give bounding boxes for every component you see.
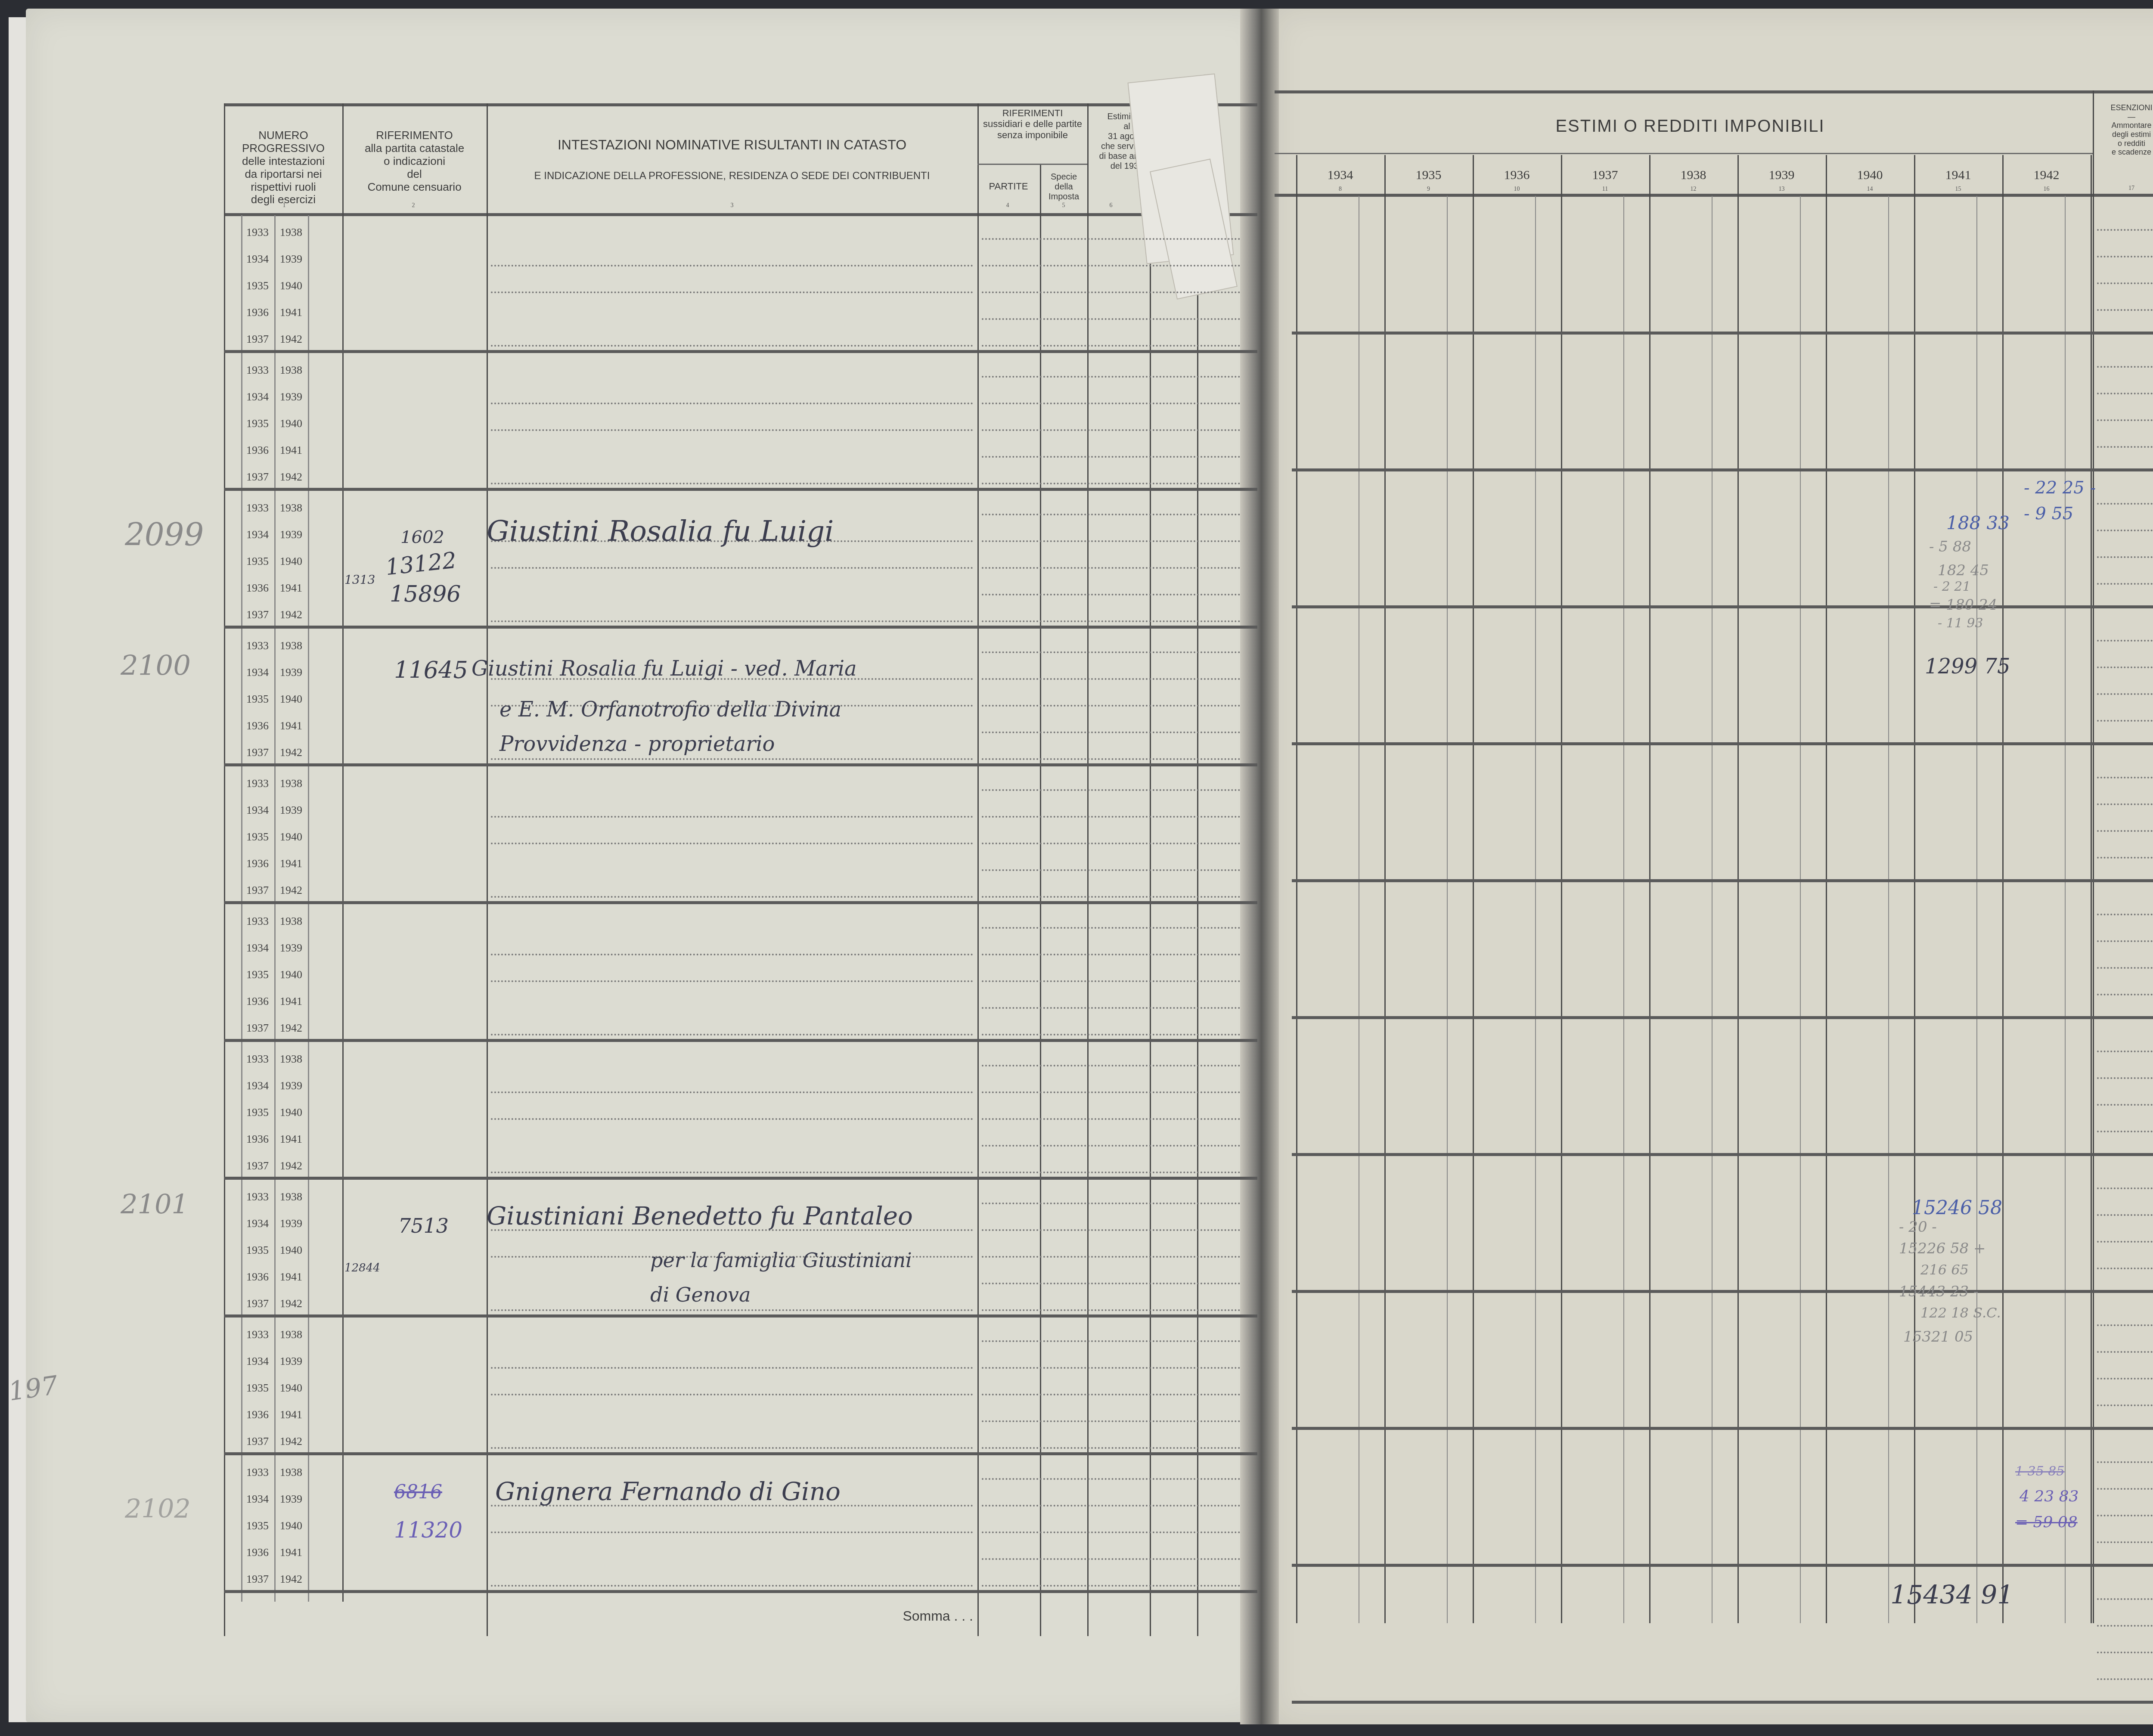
year-header: 1940 [1826, 168, 1914, 183]
header-line: da riportarsi nei rispettivi ruoli [225, 168, 342, 194]
header-line: alla partita catastale [344, 142, 484, 155]
record-margin-number: 2100 [121, 650, 191, 682]
entry-line [982, 1034, 1240, 1035]
year-header: 1936 [1473, 168, 1561, 183]
block-separator [1292, 1153, 2153, 1156]
block-separator [224, 350, 1257, 353]
year-label: 1938 [280, 639, 302, 652]
entry-line [982, 896, 1240, 898]
side-reference: 1313 [344, 573, 375, 587]
year-label: 1938 [280, 1466, 302, 1479]
year-label: 1934 [246, 253, 269, 266]
year-label: 1941 [280, 1546, 302, 1559]
taxpayer-name: Giustini Rosalia fu Luigi [487, 515, 834, 548]
estimo-1941-calc: - 20 - [1899, 1218, 1937, 1236]
header-top-rule [1275, 90, 2153, 93]
entry-line [491, 843, 973, 844]
entry-line [2097, 393, 2153, 394]
year-label: 1939 [280, 253, 302, 266]
year-header: 1934 [1296, 168, 1384, 183]
year-label: 1933 [246, 639, 269, 652]
year-label: 1939 [280, 1217, 302, 1230]
year-label: 1934 [246, 1079, 269, 1092]
year-label: 1935 [246, 1106, 269, 1119]
entry-line [2097, 1324, 2153, 1326]
entry-line [491, 291, 973, 293]
partita-correction: 15896 [390, 581, 461, 607]
header-esenzioni: ESENZIONI — Ammontare degli estimi o red… [2095, 103, 2153, 157]
partita-number: 7513 [398, 1214, 449, 1237]
year-label: 1941 [280, 995, 302, 1008]
entry-line [491, 1309, 973, 1311]
entry-line [491, 403, 973, 404]
entry-line [2097, 1652, 2153, 1653]
year-label: 1936 [246, 1408, 269, 1421]
entry-line [982, 758, 1240, 760]
record-margin-number: 2101 [121, 1188, 189, 1220]
year-label: 1936 [246, 444, 269, 457]
year-label: 1940 [280, 968, 302, 981]
entry-line [2097, 1461, 2153, 1463]
estimo-1941-calc: 15321 05 [1903, 1328, 1973, 1345]
estimo-1941-calc: - 11 93 [1938, 616, 1983, 631]
entry-line [2097, 1187, 2153, 1189]
entry-line [982, 843, 1240, 844]
cents-divider [2065, 196, 2066, 1623]
estimo-1941-calc: = 180 24 [1929, 596, 1997, 614]
entry-line [491, 896, 973, 898]
year-label: 1938 [280, 1328, 302, 1341]
year-label: 1937 [246, 471, 269, 484]
col-number: 2 [405, 202, 422, 209]
entry-line [2097, 530, 2153, 531]
header-line: degli estimi [2095, 130, 2153, 139]
cents-divider [1800, 196, 1801, 1623]
year-label: 1934 [246, 666, 269, 679]
year-label: 1939 [280, 666, 302, 679]
partita-number: 11645 [394, 657, 468, 684]
col-border [977, 103, 979, 1636]
entry-line [982, 1172, 1240, 1173]
col-number: 12 [1649, 186, 1737, 193]
entry-line [2097, 1351, 2153, 1353]
entry-line [491, 429, 973, 431]
entry-line [2097, 556, 2153, 558]
year-label: 1941 [280, 1408, 302, 1421]
entry-line [982, 1531, 1240, 1533]
year-label: 1933 [246, 226, 269, 239]
year-label: 1933 [246, 364, 269, 377]
entry-line [2097, 693, 2153, 695]
year-header: 1942 [2002, 168, 2091, 183]
side-reference: 12844 [344, 1262, 380, 1274]
year-label: 1933 [246, 502, 269, 515]
entry-line [982, 1256, 1240, 1258]
taxpayer-name: Giustiniani Benedetto fu Pantaleo [487, 1201, 913, 1231]
entry-line [2097, 1104, 2153, 1106]
estimi-subheader-rule [1275, 153, 2093, 154]
header-intestazioni: INTESTAZIONI NOMINATIVE RISULTANTI IN CA… [489, 137, 975, 182]
entry-line [982, 1118, 1240, 1120]
cents-divider [1712, 196, 1712, 1623]
entry-line [491, 265, 973, 267]
year-label: 1933 [246, 1053, 269, 1066]
col-border [224, 103, 225, 1636]
col-border [1150, 215, 1151, 1636]
entry-line [2097, 1378, 2153, 1379]
entry-line [982, 1585, 1240, 1587]
entry-line [982, 705, 1240, 707]
col-border [1649, 155, 1650, 1623]
entry-line [2097, 583, 2153, 585]
col-border [2093, 90, 2094, 1623]
year-label: 1935 [246, 1382, 269, 1395]
entry-line [2097, 1488, 2153, 1490]
block-separator [224, 1039, 1257, 1042]
col-border [1914, 155, 1915, 1623]
year-label: 1935 [246, 1244, 269, 1257]
block-separator [224, 1314, 1257, 1317]
entry-line [2097, 1214, 2153, 1216]
block-separator [224, 488, 1257, 491]
year-label: 1935 [246, 1519, 269, 1532]
year-label: 1938 [280, 777, 302, 790]
record-margin-number: 2099 [125, 517, 204, 553]
col-border [487, 103, 488, 1636]
entry-line [982, 1229, 1240, 1231]
year-label: 1942 [280, 1159, 302, 1172]
taxpayer-name: Giustini Rosalia fu Luigi - ved. Maria [472, 657, 857, 681]
year-label: 1942 [280, 1022, 302, 1035]
estimo-1942: - 22 25 - [2024, 478, 2096, 498]
year-label: 1942 [280, 333, 302, 346]
col-border [1737, 155, 1739, 1623]
entry-line [2097, 309, 2153, 311]
year-label: 1941 [280, 582, 302, 595]
year-label: 1934 [246, 804, 269, 817]
year-label: 1937 [246, 1022, 269, 1035]
cents-divider [1359, 196, 1359, 1623]
partita-number-struck: 6816 [394, 1481, 442, 1503]
block-separator [1292, 879, 2153, 882]
entry-line [982, 869, 1240, 871]
col-border [241, 215, 242, 1602]
header-subtitle: E INDICAZIONE DELLA PROFESSIONE, RESIDEN… [489, 170, 975, 182]
col-number: 14 [1826, 186, 1914, 193]
year-label: 1940 [280, 1519, 302, 1532]
year-label: 1936 [246, 995, 269, 1008]
col-number: 11 [1561, 186, 1649, 193]
header-line: — [2095, 112, 2153, 121]
book-gutter [1240, 9, 1279, 1724]
block-separator [1292, 1701, 2153, 1704]
entry-line [982, 1367, 1240, 1369]
header-partite: PARTITE [978, 181, 1039, 192]
entry-line [2097, 1268, 2153, 1269]
col-border [2002, 155, 2004, 1623]
year-label: 1938 [280, 1190, 302, 1203]
year-label: 1942 [280, 608, 302, 621]
entry-line [982, 291, 1240, 293]
entry-line [2097, 830, 2153, 832]
entry-line [2097, 666, 2153, 668]
entry-line [491, 954, 973, 955]
entry-line [982, 1394, 1240, 1395]
entry-line [982, 238, 1240, 240]
estimo-1942: - 9 55 [2024, 504, 2073, 524]
entry-line [982, 954, 1240, 955]
year-label: 1940 [280, 1106, 302, 1119]
entry-line [982, 620, 1240, 622]
estimo-1941: 1299 75 [1925, 654, 2010, 679]
year-label: 1933 [246, 1466, 269, 1479]
block-separator [1292, 1016, 2153, 1019]
taxpayer-name: e E. M. Orfanotrofio della Divina [499, 697, 841, 722]
entry-line [2097, 256, 2153, 257]
col-number: 10 [1473, 186, 1561, 193]
entry-line [2097, 994, 2153, 995]
entry-line [2097, 1077, 2153, 1079]
entry-line [982, 456, 1240, 458]
year-label: 1940 [280, 1382, 302, 1395]
year-label: 1935 [246, 279, 269, 292]
year-label: 1941 [280, 444, 302, 457]
entry-line [982, 732, 1240, 733]
year-label: 1940 [280, 417, 302, 430]
year-label: 1939 [280, 1493, 302, 1506]
year-label: 1940 [280, 831, 302, 843]
record-margin-number: 2102 [125, 1494, 191, 1524]
year-label: 1942 [280, 884, 302, 897]
entry-line [491, 1367, 973, 1369]
entry-line [2097, 777, 2153, 778]
entry-line [2097, 1625, 2153, 1627]
entry-line [2097, 1541, 2153, 1543]
estimo-1941-calc: 122 18 S.C. [1920, 1305, 2001, 1321]
entry-line [982, 1007, 1240, 1009]
form-code: Mod. 111 - Imposte Dirette (Intercalare)… [2119, 60, 2153, 69]
entry-line [982, 567, 1240, 569]
entry-line [982, 1420, 1240, 1422]
entry-line [2097, 1404, 2153, 1406]
year-label: 1940 [280, 693, 302, 706]
col-border [1561, 155, 1562, 1623]
estimo-1941: 15246 58 [1912, 1197, 2002, 1219]
year-label: 1933 [246, 777, 269, 790]
col-number: 3 [723, 202, 741, 209]
entry-line [2097, 914, 2153, 915]
entry-line [982, 816, 1240, 818]
entry-line [982, 403, 1240, 404]
block-separator [1292, 1427, 2153, 1430]
year-label: 1938 [280, 226, 302, 239]
col-number: 17 [2123, 185, 2140, 192]
rif-subheader-rule [977, 164, 1087, 165]
block-separator [224, 763, 1257, 766]
year-label: 1940 [280, 1244, 302, 1257]
entry-line [491, 483, 973, 484]
year-label: 1941 [280, 306, 302, 319]
entry-line [982, 1309, 1240, 1311]
stray-margin-note: 197 [7, 1370, 60, 1407]
entry-line [491, 1034, 973, 1035]
entry-line [491, 980, 973, 982]
entry-line [491, 1091, 973, 1093]
estimo-1942-struck: = 59 08 [2015, 1513, 2078, 1531]
entry-line [982, 1203, 1240, 1204]
taxpayer-name: Gnignera Fernando di Gino [495, 1477, 841, 1506]
entry-line [491, 758, 973, 760]
year-label: 1936 [246, 582, 269, 595]
year-header: 1938 [1649, 168, 1737, 183]
partita-number: 1602 [400, 527, 444, 547]
year-label: 1937 [246, 1297, 269, 1310]
taxpayer-name: Provvidenza - proprietario [499, 732, 775, 756]
cents-divider [1888, 196, 1889, 1623]
year-label: 1935 [246, 555, 269, 568]
year-label: 1935 [246, 693, 269, 706]
header-riferimenti-sussidiari: RIFERIMENTI sussidiari e delle partite s… [978, 108, 1087, 140]
year-label: 1934 [246, 1217, 269, 1230]
estimo-1942-struck: 1 35 85 [2015, 1464, 2065, 1479]
col-border [342, 103, 344, 1602]
col-border [1040, 164, 1041, 1636]
block-separator [1292, 332, 2153, 335]
year-label: 1941 [280, 1133, 302, 1146]
entry-line [491, 1118, 973, 1120]
col-border [1826, 155, 1827, 1623]
year-label: 1938 [280, 502, 302, 515]
year-header: 1935 [1384, 168, 1473, 183]
year-label: 1937 [246, 1435, 269, 1448]
col-border [1296, 155, 1297, 1623]
header-line: Comune censuario [344, 181, 484, 194]
entry-line [982, 927, 1240, 929]
entry-line [2097, 1598, 2153, 1600]
year-label: 1936 [246, 1546, 269, 1559]
year-label: 1934 [246, 1493, 269, 1506]
entry-line [491, 620, 973, 622]
estimo-1941-calc: 182 45 [1938, 562, 1989, 579]
somma-label: Somma . . . [861, 1608, 973, 1624]
taxpayer-name: di Genova [650, 1283, 751, 1306]
entry-line [2097, 503, 2153, 505]
year-label: 1937 [246, 333, 269, 346]
year-label: 1939 [280, 942, 302, 955]
year-label: 1940 [280, 279, 302, 292]
entry-line [2097, 282, 2153, 284]
col-border [1473, 155, 1474, 1623]
year-label: 1934 [246, 528, 269, 541]
block-separator [1292, 1564, 2153, 1567]
col-number: 6 [1102, 202, 1120, 209]
year-label: 1936 [246, 306, 269, 319]
col-number: 1 [276, 202, 293, 209]
entry-line [2097, 1678, 2153, 1680]
year-label: 1937 [246, 1159, 269, 1172]
cents-divider [1976, 196, 1977, 1623]
entry-line [982, 1091, 1240, 1093]
col-number: 5 [1055, 202, 1072, 209]
entry-line [982, 1447, 1240, 1449]
col-number: 15 [1914, 186, 2002, 193]
entry-line [2097, 640, 2153, 642]
col-number: 8 [1296, 186, 1384, 193]
year-label: 1938 [280, 364, 302, 377]
header-line: Ammontare [2095, 121, 2153, 130]
col-number: 9 [1384, 186, 1473, 193]
year-label: 1939 [280, 1079, 302, 1092]
estimo-1941-calc: 216 65 [1920, 1262, 1969, 1278]
year-label: 1939 [280, 528, 302, 541]
year-label: 1938 [280, 915, 302, 928]
year-label: 1942 [280, 471, 302, 484]
entry-line [2097, 1051, 2153, 1052]
entry-line [2097, 366, 2153, 368]
header-top-rule [224, 103, 1257, 106]
block-separator [224, 1452, 1257, 1455]
col-border [2091, 155, 2092, 1623]
entry-line [491, 1394, 973, 1395]
year-label: 1934 [246, 1355, 269, 1368]
entry-line [982, 429, 1240, 431]
cents-divider [1447, 196, 1448, 1623]
year-header: 1937 [1561, 168, 1649, 183]
year-label: 1942 [280, 1573, 302, 1586]
header-title: NUMERO PROGRESSIVO [225, 129, 342, 155]
year-label: 1941 [280, 857, 302, 870]
year-label: 1937 [246, 884, 269, 897]
entry-line [491, 816, 973, 818]
year-label: 1937 [246, 746, 269, 759]
header-title: INTESTAZIONI NOMINATIVE RISULTANTI IN CA… [489, 137, 975, 153]
entry-line [491, 345, 973, 347]
year-label: 1937 [246, 1573, 269, 1586]
year-label: 1940 [280, 555, 302, 568]
year-label: 1935 [246, 831, 269, 843]
header-bottom-rule [224, 213, 1257, 216]
year-label: 1936 [246, 857, 269, 870]
header-title: RIFERIMENTO [344, 129, 484, 142]
year-label: 1941 [280, 719, 302, 732]
header-riferimento: RIFERIMENTO alla partita catastale o ind… [344, 129, 484, 193]
block-separator [224, 1177, 1257, 1180]
entry-line [982, 265, 1240, 267]
header-specie-imposta: Specie della Imposta [1041, 172, 1086, 202]
year-header: 1939 [1737, 168, 1826, 183]
header-line: e scadenze [2095, 148, 2153, 157]
entry-line [982, 594, 1240, 595]
year-label: 1942 [280, 746, 302, 759]
block-separator [224, 626, 1257, 629]
entry-line [491, 567, 973, 569]
year-label: 1939 [280, 1355, 302, 1368]
col-border [308, 215, 309, 1602]
col-border [274, 215, 276, 1602]
year-label: 1939 [280, 391, 302, 403]
taxpayer-name: per la famiglia Giustiniani [650, 1249, 912, 1272]
entry-line [982, 651, 1240, 653]
year-label: 1933 [246, 1190, 269, 1203]
year-label: 1939 [280, 804, 302, 817]
entry-line [2097, 1241, 2153, 1243]
year-label: 1936 [246, 1133, 269, 1146]
year-header: 1941 [1914, 168, 2002, 183]
header-numero-progressivo: NUMERO PROGRESSIVO delle intestazioni da… [225, 129, 342, 206]
block-separator [224, 1590, 1257, 1593]
year-label: 1933 [246, 915, 269, 928]
entry-line [2097, 967, 2153, 969]
